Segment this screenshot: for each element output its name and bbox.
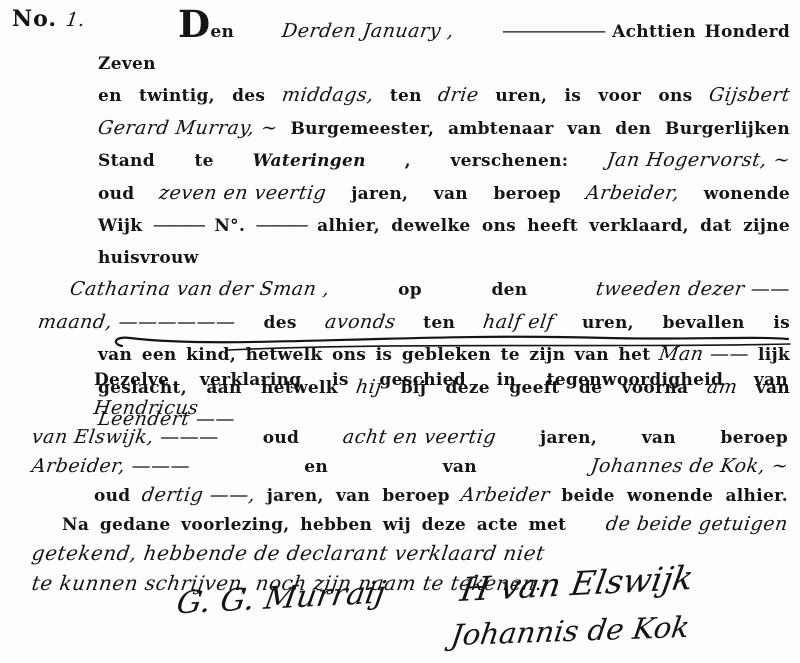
closing-entry-2: getekend, hebbende de declarant verklaar… xyxy=(30,539,547,567)
closing-entry-1: de beide getuigen xyxy=(574,510,790,538)
flourish-divider xyxy=(108,328,792,356)
printed-text: Dezelve verklaring is geschied in tegenw… xyxy=(94,370,788,390)
printed-text: en twintig, des xyxy=(98,86,265,106)
printed-text: jaren, van beroep xyxy=(267,486,450,506)
witness1-occupation-entry: Arbeider, ——— xyxy=(30,452,192,480)
printed-text: oud xyxy=(94,486,131,506)
printed-text: oud xyxy=(263,428,300,448)
witness1-age-entry: acht en veertig xyxy=(341,423,498,451)
number-filler-dash: ——— xyxy=(256,210,307,242)
printed-text: uren, is voor ons xyxy=(495,86,692,106)
birth-certificate-page: No. 1. Den Derden January , —————— Achtt… xyxy=(0,0,800,663)
printed-text: oud xyxy=(98,184,135,204)
birth-day-entry: tweeden dezer —— xyxy=(594,274,792,306)
registration-date-entry: Derden January , xyxy=(240,16,456,48)
officiant-surname: Gerard Murray, ~ xyxy=(96,113,280,145)
printed-text: en van xyxy=(304,457,477,477)
wit-line-1: Dezelve verklaring is geschied in tegenw… xyxy=(32,366,788,423)
printed-text: jaren, van beroep xyxy=(351,184,561,204)
act-line-6: Wijk ——— N°. ——— alhier, dewelke ons hee… xyxy=(98,210,790,274)
printed-text: Den xyxy=(138,8,234,41)
time-of-day-entry: middags, xyxy=(280,80,376,112)
act-number-label: No. xyxy=(12,6,57,32)
mother-name-entry: Catharina van der Sman , xyxy=(68,274,332,306)
witness2-occupation-entry: Arbeider xyxy=(459,481,552,509)
witness1-first-name: Hendricus xyxy=(30,394,200,422)
printed-text: Wijk xyxy=(98,216,142,236)
filler-dash: —————— xyxy=(462,16,604,48)
act-line-2: en twintig, des middags, ten drie uren, … xyxy=(98,80,790,113)
printed-text: jaren, van beroep xyxy=(540,428,788,448)
act-number: No. 1. xyxy=(12,6,85,32)
printed-text: N°. xyxy=(214,216,245,236)
declarant-name: Jan Hogervorst, ~ xyxy=(605,145,792,177)
witness1-surname: van Elswijk, ——— xyxy=(30,423,221,451)
printed-text: Burgemeester, ambtenaar van den Burgerli… xyxy=(290,119,790,139)
wit-line-3: Arbeider, ——— en van Johannes de Kok, ~ xyxy=(32,452,788,481)
wijk-filler-dash: ——— xyxy=(153,210,204,242)
act-line-1: Den Derden January , —————— Achttien Hon… xyxy=(98,8,790,80)
declarant-occupation-entry: Arbeider, xyxy=(584,178,682,210)
wit-line-5: Na gedane voorlezing, hebben wij deze ac… xyxy=(32,510,788,539)
act-line-4: Stand te Wateringen , verschenen: Jan Ho… xyxy=(98,145,790,178)
officiant-first-name: Gijsbert xyxy=(707,80,792,112)
wit-line-4: oud dertig ——, jaren, van beroep Arbeide… xyxy=(94,481,788,510)
act-number-value: 1. xyxy=(65,9,87,31)
printed-text: op den xyxy=(398,280,527,300)
act-line-3: Gerard Murray, ~ Burgemeester, ambtenaar… xyxy=(98,113,790,146)
signature-witness2: Johannis de Kok xyxy=(449,610,692,652)
printed-text: wonende xyxy=(704,184,790,204)
printed-text: Stand te xyxy=(98,151,214,171)
wit-line-2: van Elswijk, ——— oud acht en veertig jar… xyxy=(32,423,788,452)
act-line-5: oud zeven en veertig jaren, van beroep A… xyxy=(98,178,790,211)
printed-text: , verschenen: xyxy=(405,151,569,171)
printed-text: Na gedane voorlezing, hebben wij deze ac… xyxy=(62,515,566,535)
declarant-age-entry: zeven en veertig xyxy=(157,178,329,210)
witness2-age-entry: dertig ——, xyxy=(140,481,257,509)
hour-entry: drie xyxy=(436,80,481,112)
printed-text: ten xyxy=(390,86,422,106)
witness2-name-entry: Johannes de Kok, ~ xyxy=(589,452,790,480)
act-line-7: Catharina van der Sman , op den tweeden … xyxy=(70,274,790,307)
printed-text: beide wonende alhier. xyxy=(561,486,788,506)
municipality-name: Wateringen xyxy=(253,151,366,171)
